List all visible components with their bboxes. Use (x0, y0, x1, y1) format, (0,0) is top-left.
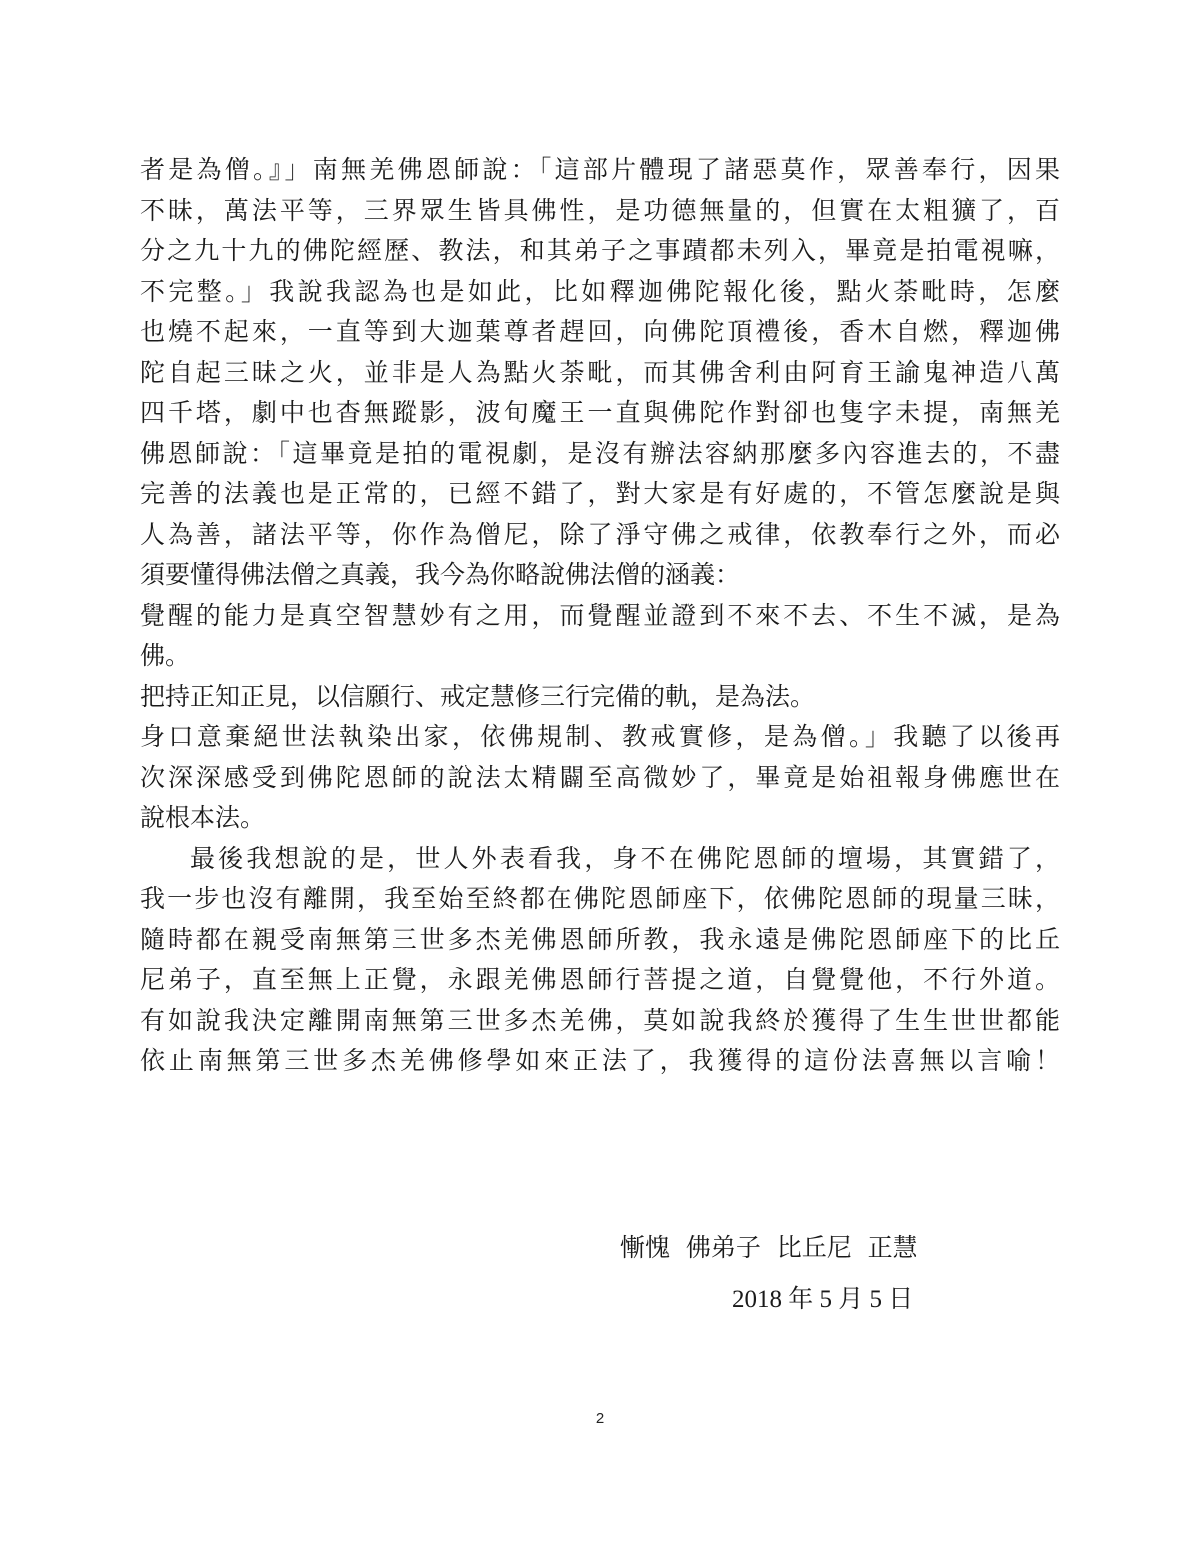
text-line: 分之九十九的佛陀經歷、教法，和其弟子之事蹟都未列入，畢竟是拍電視嘛， (140, 231, 1060, 272)
text-line: 人為善，諸法平等，你作為僧尼，除了淨守佛之戒律，依教奉行之外，而必 (140, 515, 1060, 556)
date: 2018 年 5 月 5 日 (732, 1280, 913, 1320)
text-line: 不完整。」我說我認為也是如此，比如釋迦佛陀報化後，點火荼毗時，怎麼 (140, 272, 1060, 313)
text-line: 者是為僧。』」南無羌佛恩師說：「這部片體現了諸惡莫作，眾善奉行，因果 (140, 150, 1060, 191)
text-line: 說根本法。 (140, 798, 1060, 839)
text-line: 須要懂得佛法僧之真義，我今為你略說佛法僧的涵義： (140, 555, 1060, 596)
definition-buddha-end: 佛。 (140, 636, 1060, 677)
body-text: 者是為僧。』」南無羌佛恩師說：「這部片體現了諸惡莫作，眾善奉行，因果 不昧，萬法… (140, 150, 1060, 1082)
text-line: 依止南無第三世多杰羌佛修學如來正法了，我獲得的這份法喜無以言喻！ (140, 1041, 1060, 1082)
page-number: 2 (0, 1410, 1200, 1427)
text-line: 佛恩師說：「這畢竟是拍的電視劇，是沒有辦法容納那麼多內容進去的，不盡 (140, 434, 1060, 475)
text-line: 有如說我決定離開南無第三世多杰羌佛，莫如說我終於獲得了生生世世都能 (140, 1001, 1060, 1042)
definition-sangha: 身口意棄絕世法執染出家，依佛規制、教戒實修，是為僧。」我聽了以後再 (140, 717, 1060, 758)
text-line: 尼弟子，直至無上正覺，永跟羌佛恩師行菩提之道，自覺覺他，不行外道。 (140, 960, 1060, 1001)
signature: 慚愧 佛弟子 比丘尼 正慧 (620, 1228, 918, 1268)
text-line: 陀自起三昧之火，並非是人為點火荼毗，而其佛舍利由阿育王諭鬼神造八萬 (140, 353, 1060, 394)
text-line: 完善的法義也是正常的，已經不錯了，對大家是有好處的，不管怎麼說是與 (140, 474, 1060, 515)
text-line: 也燒不起來，一直等到大迦葉尊者趕回，向佛陀頂禮後，香木自燃，釋迦佛 (140, 312, 1060, 353)
text-line: 四千塔，劇中也杳無蹤影，波旬魔王一直與佛陀作對卻也隻字未提，南無羌 (140, 393, 1060, 434)
paragraph-start: 最後我想說的是，世人外表看我，身不在佛陀恩師的壇場，其實錯了， (140, 839, 1060, 880)
definition-dharma: 把持正知正見，以信願行、戒定慧修三行完備的軌，是為法。 (140, 677, 1060, 718)
text-line: 隨時都在親受南無第三世多杰羌佛恩師所教，我永遠是佛陀恩師座下的比丘 (140, 920, 1060, 961)
text-line: 我一步也沒有離開，我至始至終都在佛陀恩師座下，依佛陀恩師的現量三昧， (140, 879, 1060, 920)
definition-buddha: 覺醒的能力是真空智慧妙有之用，而覺醒並證到不來不去、不生不滅，是為 (140, 596, 1060, 637)
document-page: 者是為僧。』」南無羌佛恩師說：「這部片體現了諸惡莫作，眾善奉行，因果 不昧，萬法… (0, 0, 1200, 1552)
text-line: 次深深感受到佛陀恩師的說法太精闢至高微妙了，畢竟是始祖報身佛應世在 (140, 758, 1060, 799)
text-line: 不昧，萬法平等，三界眾生皆具佛性，是功德無量的，但實在太粗獷了，百 (140, 191, 1060, 232)
